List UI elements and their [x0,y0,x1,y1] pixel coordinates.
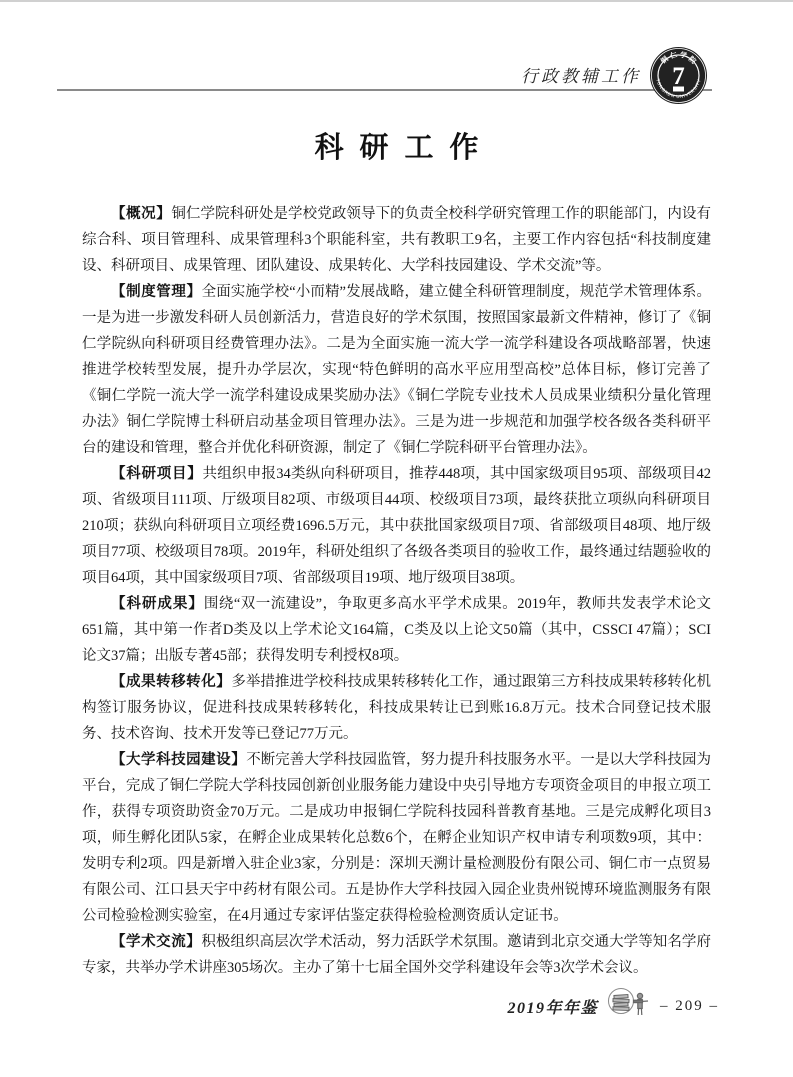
paragraph-label: 【学术交流】 [111,934,201,950]
paragraph-science-park: 【大学科技园建设】不断完善大学科技园监管，努力提升科技服务水平。一是以大学科技园… [82,747,711,929]
paragraph-label: 【大学科技园建设】 [111,752,246,768]
paragraph-academic-exchange: 【学术交流】积极组织高层次学术活动，努力活跃学术氛围。邀请到北京交通大学等知名学… [82,929,711,981]
paragraph-label: 【成果转移转化】 [111,674,231,690]
paragraph-research-projects: 【科研项目】共组织申报34类纵向科研项目，推荐448项，其中国家级项目95项、部… [82,461,711,591]
paragraph-label: 【科研项目】 [111,466,203,482]
university-seal-icon: 铜 仁 学 院 TONGREN UNIVERSITY 7 [649,46,708,105]
paragraph-text: 共组织申报34类纵向科研项目，推荐448项，其中国家级项目95项、部级项目42项… [82,466,711,586]
paragraph-overview: 【概况】铜仁学院科研处是学校党政领导下的负责全校科学研究管理工作的职能部门，内设… [82,201,711,279]
paragraph-text: 全面实施学校“小而精”发展战略，建立健全科研管理制度，规范学术管理体系。一是为进… [82,284,711,456]
page-footer: 2019年年鉴 – 209 – [507,986,719,1026]
paragraph-text: 不断完善大学科技园监管，努力提升科技服务水平。一是以大学科技园为平台，完成了铜仁… [82,752,711,924]
paragraph-research-achievements: 【科研成果】围绕“双一流建设”，争取更多高水平学术成果。2019年，教师共发表学… [82,591,711,669]
page-title: 科研工作 [0,128,793,168]
paragraph-text: 铜仁学院科研处是学校党政领导下的负责全校科学研究管理工作的职能部门，内设有综合科… [82,206,711,274]
yearbook-page: { "header": { "section_label": "行政教辅工作",… [0,0,793,1077]
yearbook-label: 2019年年鉴 [507,995,598,1018]
section-label: 行政教辅工作 [521,62,641,87]
article-body: 【概况】铜仁学院科研处是学校党政领导下的负责全校科学研究管理工作的职能部门，内设… [82,201,711,981]
paragraph-label: 【概况】 [111,206,171,222]
paragraph-label: 【科研成果】 [111,596,204,612]
page-number: – 209 – [660,998,719,1015]
header-rule [57,89,712,91]
paragraph-system-management: 【制度管理】全面实施学校“小而精”发展战略，建立健全科研管理制度，规范学术管理体… [82,279,711,461]
svg-text:7: 7 [672,63,685,90]
books-and-figure-stamp-icon [607,987,651,1026]
paragraph-achievement-transfer: 【成果转移转化】多举措推进学校科技成果转移转化工作，通过跟第三方科技成果转移转化… [82,669,711,747]
paragraph-label: 【制度管理】 [111,284,202,300]
page-header: 行政教辅工作 铜 仁 学 院 TONGREN UNIVERSITY 7 [0,0,793,106]
